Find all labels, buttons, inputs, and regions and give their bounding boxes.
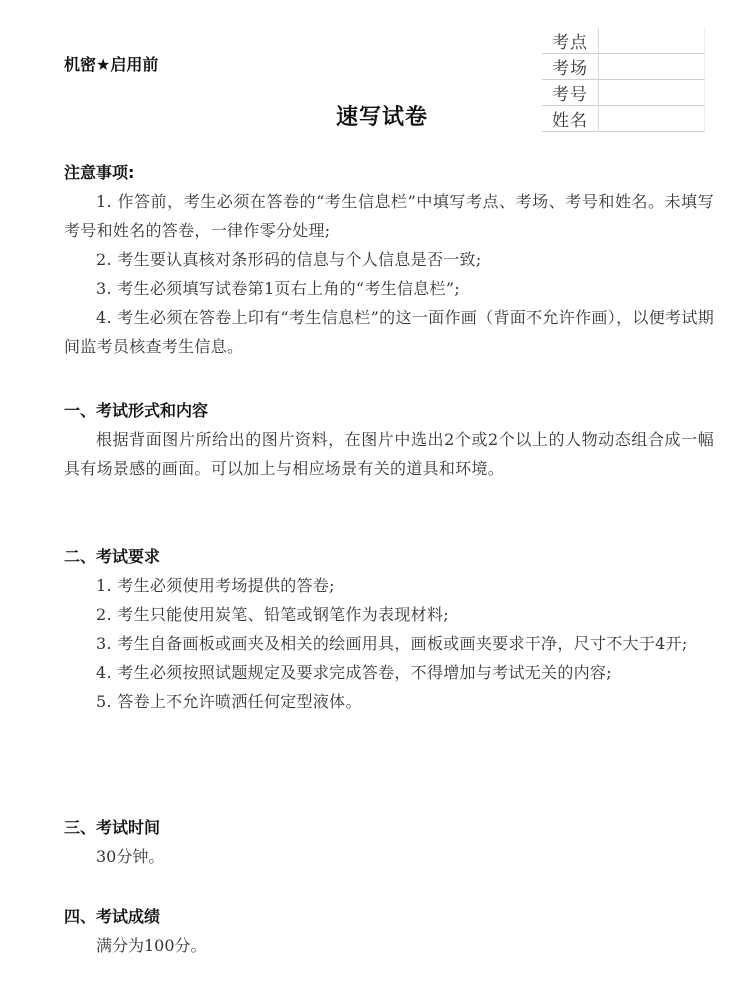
info-label: 考点 [542,28,599,54]
section-heading: 二、考试要求 [64,542,714,571]
section-paragraph: 1. 考生必须使用考场提供的答卷; [64,571,714,600]
notice-item: 1. 作答前，考生必须在答卷的“考生信息栏”中填写考点、考场、考号和姓名。未填写… [64,187,714,245]
info-value-field[interactable] [599,106,705,132]
info-row-exam-site: 考点 [542,28,705,54]
section-heading: 三、考试时间 [64,813,714,842]
info-value-field[interactable] [599,80,705,106]
student-info-table: 考点 考场 考号 姓名 [542,28,705,132]
section-heading: 一、考试形式和内容 [64,396,714,425]
section-exam-time: 三、考试时间 30分钟。 [64,813,714,871]
section-paragraph: 满分为100分。 [64,931,714,960]
notice-section: 注意事项: 1. 作答前，考生必须在答卷的“考生信息栏”中填写考点、考场、考号和… [64,158,714,361]
section-exam-requirements: 二、考试要求 1. 考生必须使用考场提供的答卷; 2. 考生只能使用炭笔、铅笔或… [64,542,714,716]
section-paragraph: 5. 答卷上不允许喷洒任何定型液体。 [64,687,714,716]
secret-label: 机密★启用前 [64,52,158,75]
section-paragraph: 根据背面图片所给出的图片资料，在图片中选出2个或2个以上的人物动态组合成一幅具有… [64,425,714,483]
notice-item: 3. 考生必须填写试卷第1页右上角的“考生信息栏”; [64,274,714,303]
section-paragraph: 4. 考生必须按照试题规定及要求完成答卷，不得增加与考试无关的内容; [64,658,714,687]
section-exam-format: 一、考试形式和内容 根据背面图片所给出的图片资料，在图片中选出2个或2个以上的人… [64,396,714,483]
notice-heading: 注意事项: [64,158,714,187]
info-row-exam-number: 考号 [542,80,705,106]
info-value-field[interactable] [599,28,705,54]
info-value-field[interactable] [599,54,705,80]
notice-item: 4. 考生必须在答卷上印有“考生信息栏”的这一面作画（背面不允许作画），以便考试… [64,303,714,361]
section-paragraph: 30分钟。 [64,842,714,871]
section-exam-score: 四、考试成绩 满分为100分。 [64,902,714,960]
section-paragraph: 2. 考生只能使用炭笔、铅笔或钢笔作为表现材料; [64,600,714,629]
section-heading: 四、考试成绩 [64,902,714,931]
info-row-name: 姓名 [542,106,705,132]
page-title: 速写试卷 [336,100,428,131]
section-paragraph: 3. 考生自备画板或画夹及相关的绘画用具，画板或画夹要求干净，尺寸不大于4开; [64,629,714,658]
info-label: 考场 [542,54,599,80]
info-label: 考号 [542,80,599,106]
info-label: 姓名 [542,106,599,132]
notice-item: 2. 考生要认真核对条形码的信息与个人信息是否一致; [64,245,714,274]
info-row-exam-room: 考场 [542,54,705,80]
